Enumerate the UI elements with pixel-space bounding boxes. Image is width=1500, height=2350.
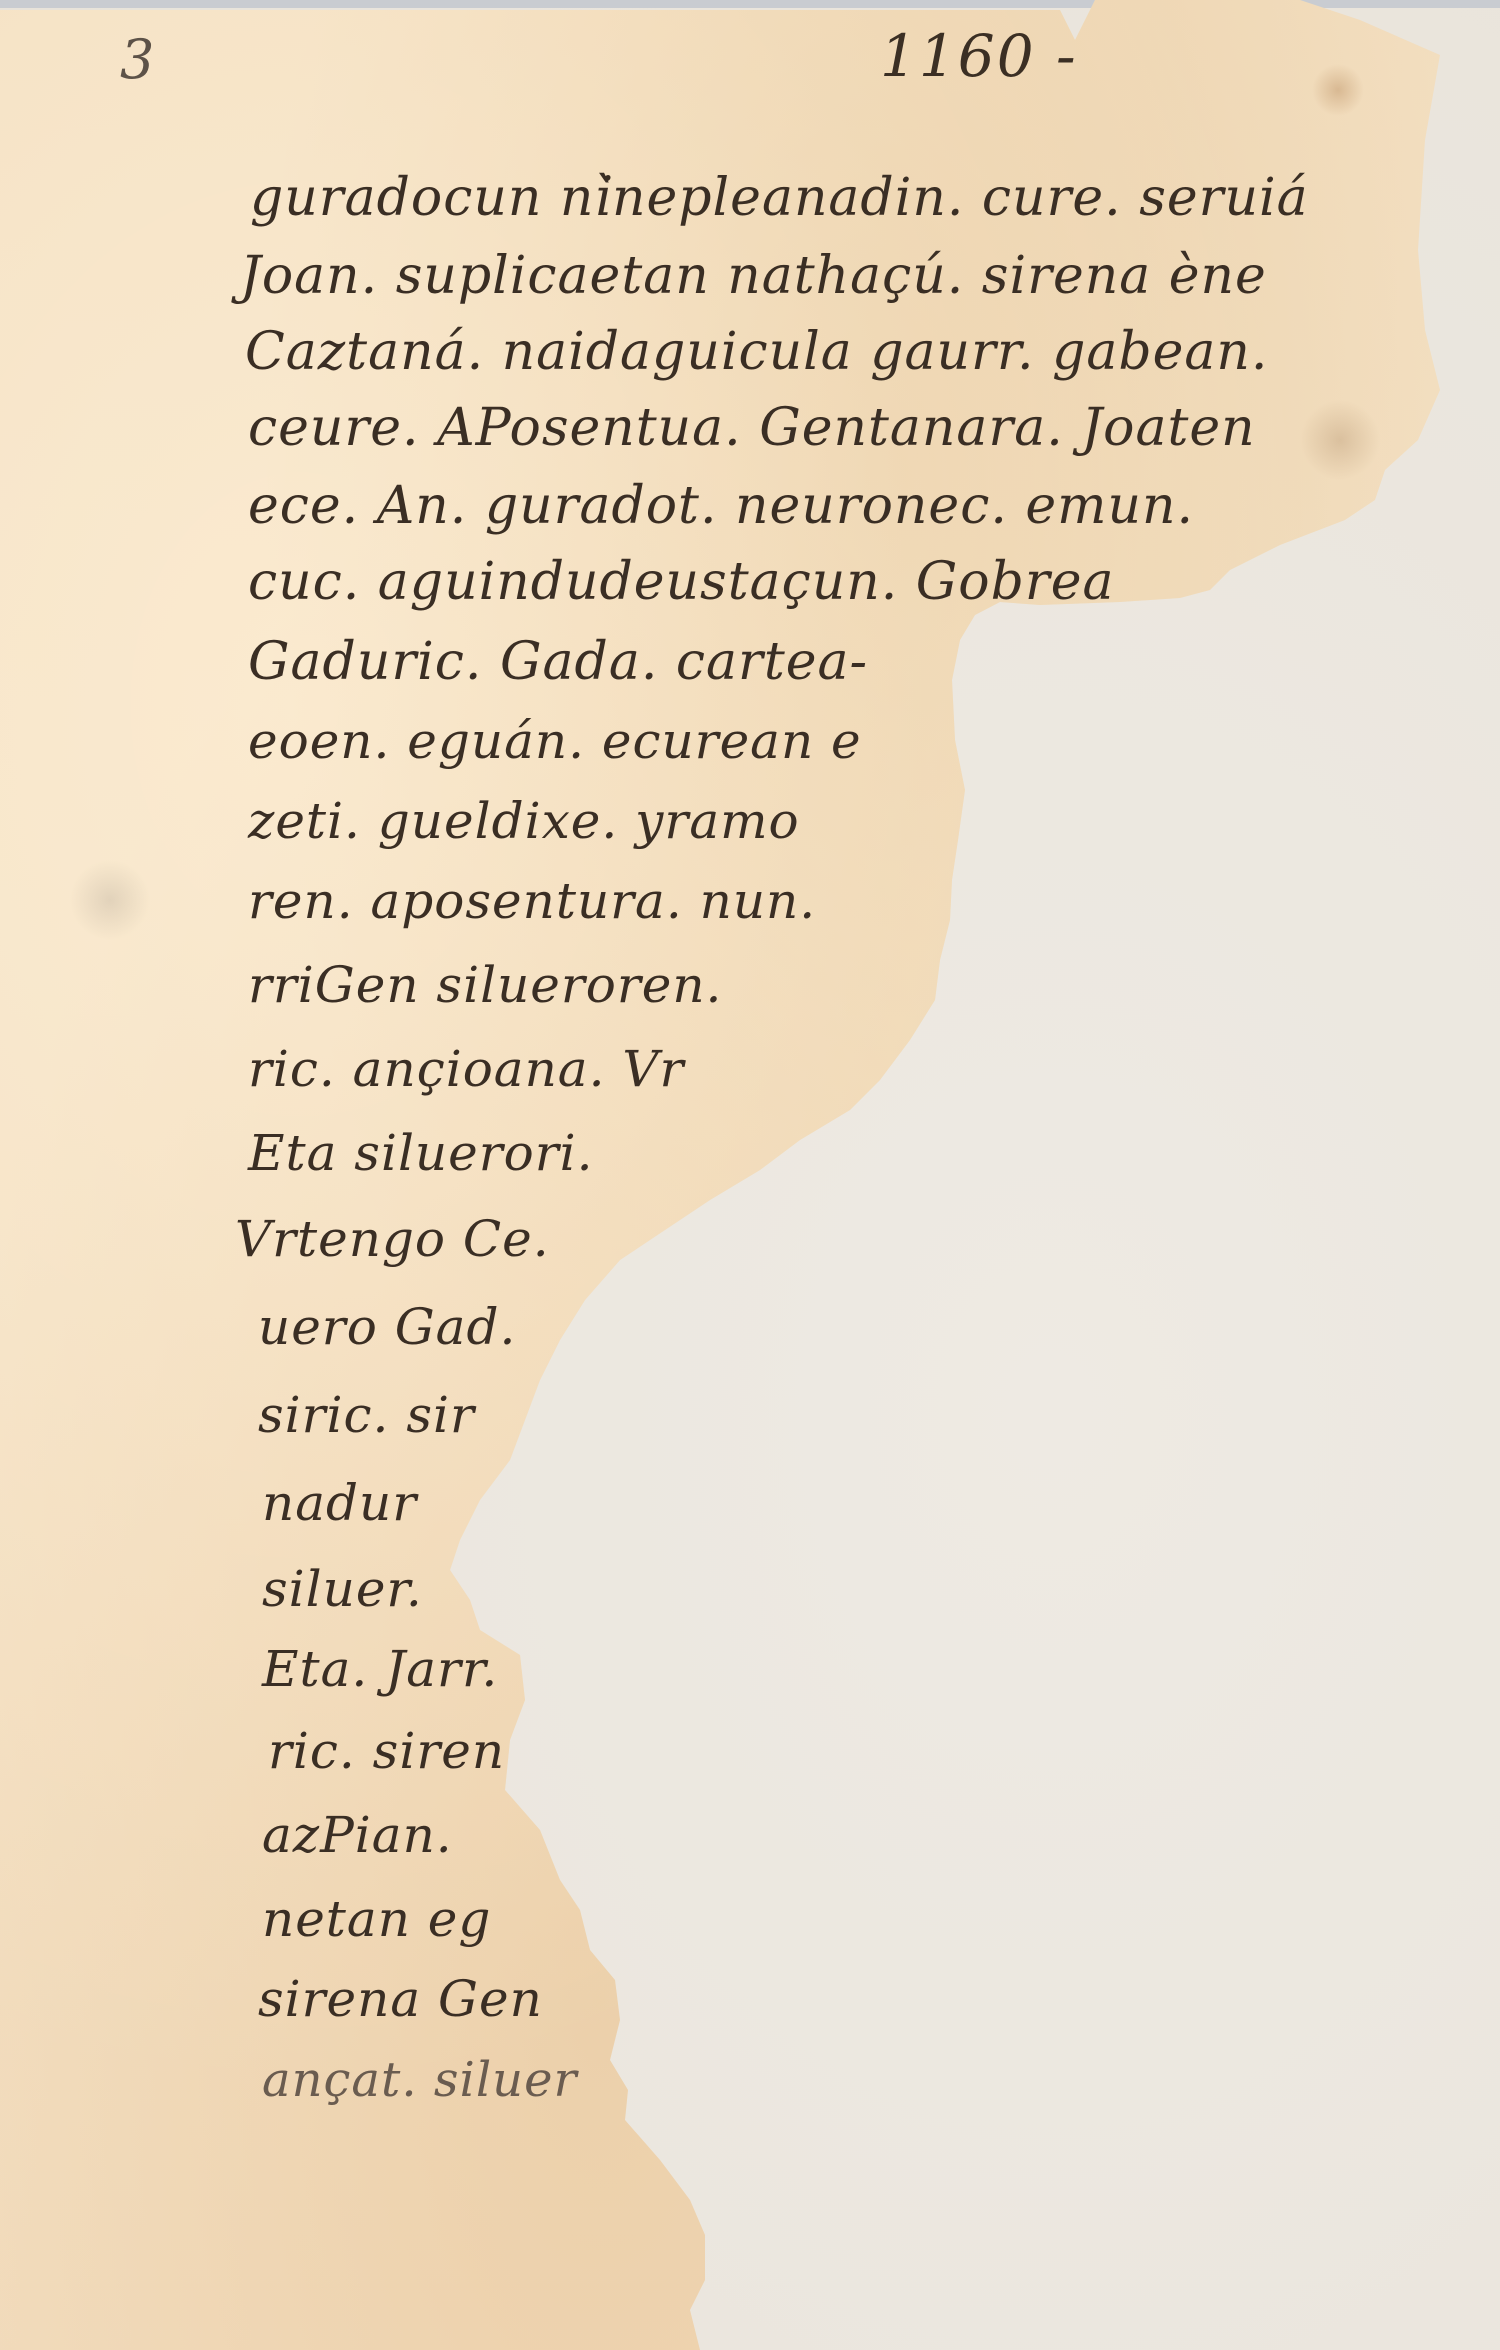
manuscript-line: nadur bbox=[262, 1474, 417, 1532]
folio-number: 1160 - bbox=[880, 22, 1078, 90]
manuscript-line: guradocun ni̇̀nepleanadin. cure. seruiá bbox=[250, 168, 1309, 228]
folio-mark-left: 3 bbox=[120, 28, 154, 91]
manuscript-line: ançat. siluer bbox=[262, 2052, 577, 2108]
manuscript-line: uero Gad. bbox=[258, 1298, 516, 1356]
manuscript-line: Vrtengo Ce. bbox=[235, 1210, 550, 1268]
manuscript-line: netan eg bbox=[262, 1890, 491, 1948]
manuscript-line: rriGen siluerоren. bbox=[248, 956, 722, 1014]
manuscript-line: ceure. APosentua. Gentanara. Joaten bbox=[248, 398, 1256, 458]
manuscript-line: Joan. suplicaetan nathaçú. sirena ène bbox=[240, 246, 1267, 306]
manuscript-line: Eta. Jarr. bbox=[262, 1640, 498, 1698]
manuscript-line: Eta siluerori. bbox=[248, 1124, 594, 1182]
manuscript-line: ric. siren bbox=[268, 1722, 505, 1780]
manuscript-line: azPian. bbox=[262, 1806, 453, 1864]
manuscript-line: sirena Gen bbox=[258, 1970, 543, 2028]
manuscript-line: siric. sir bbox=[258, 1386, 475, 1444]
manuscript-line: Gaduric. Gada. carteа- bbox=[248, 632, 868, 692]
manuscript-line: eoen. eguán. ecurean e bbox=[248, 712, 862, 770]
manuscript-line: zeti. gueldixe. yramo bbox=[248, 792, 800, 850]
manuscript-line: ren. aposentura. nun. bbox=[248, 872, 816, 930]
manuscript-line: Caztaná. naidaguicula gaurr. gabean. bbox=[245, 322, 1268, 382]
manuscript-line: ece. An. guradot. neuronec. emun. bbox=[248, 476, 1194, 536]
manuscript-line: cuc. aguindudeustaçun. Gobrea bbox=[248, 552, 1115, 612]
manuscript-line: ric. ançioana. Vr bbox=[248, 1040, 684, 1098]
manuscript-line: siluer. bbox=[262, 1560, 423, 1618]
manuscript-text: 3 1160 - guradocun ni̇̀nepleanadin. cure… bbox=[0, 0, 1500, 2350]
